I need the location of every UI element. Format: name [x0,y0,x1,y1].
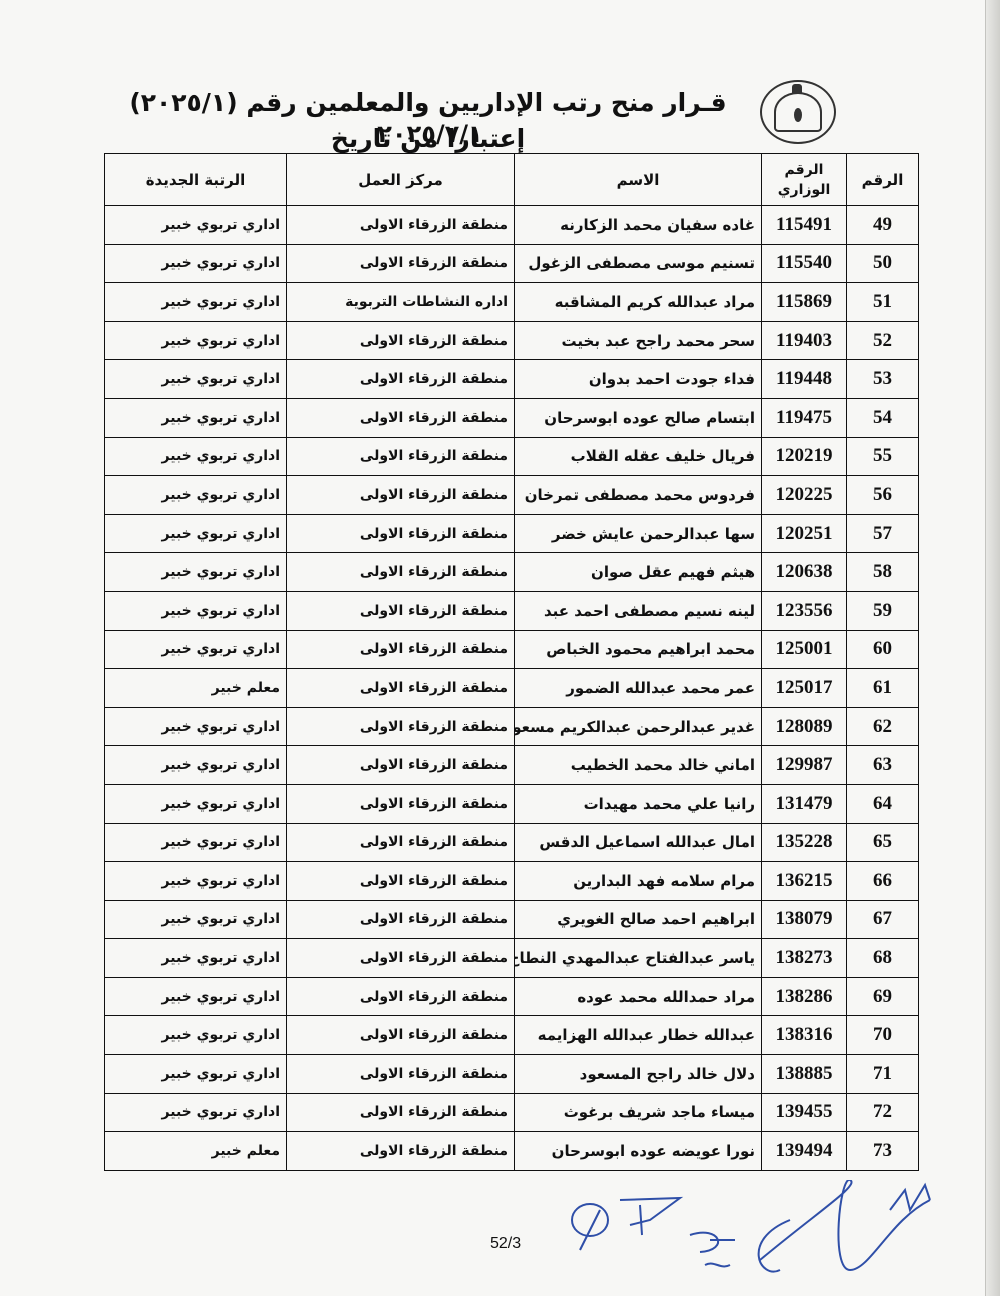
employee-name: نورا عويضه عوده ابوسرحان [515,1132,762,1171]
employee-name: محمد ابراهيم محمود الخباص [515,630,762,669]
table-row: 64131479رانيا علي محمد مهيداتمنطقة الزرق… [105,784,919,823]
employee-name: مرام سلامه فهد البدارين [515,862,762,901]
work-center: منطقة الزرقاء الاولى [287,437,515,476]
ministry-id: 139494 [762,1132,847,1171]
employee-name: ابتسام صالح عوده ابوسرحان [515,398,762,437]
employee-name: عبدالله خطار عبدالله الهزايمه [515,1016,762,1055]
employee-name: دلال خالد راجح المسعود [515,1055,762,1094]
page-number: 52/3 [490,1235,521,1253]
ministry-id: 120638 [762,553,847,592]
table-row: 54119475ابتسام صالح عوده ابوسرحانمنطقة ا… [105,398,919,437]
new-rank: اداري تربوي خبير [105,784,287,823]
ministry-id: 138286 [762,977,847,1016]
work-center: منطقة الزرقاء الاولى [287,900,515,939]
row-number: 58 [847,553,919,592]
employee-name: مراد حمدالله محمد عوده [515,977,762,1016]
header-ministry-id: الرقم الوزاري [762,154,847,206]
ministry-id: 125001 [762,630,847,669]
new-rank: اداري تربوي خبير [105,437,287,476]
ministry-id: 128089 [762,707,847,746]
work-center: منطقة الزرقاء الاولى [287,669,515,708]
ministry-id: 136215 [762,862,847,901]
work-center: منطقة الزرقاء الاولى [287,823,515,862]
ministry-id: 131479 [762,784,847,823]
work-center: منطقة الزرقاء الاولى [287,784,515,823]
table-row: 62128089غدير عبدالرحمن عبدالكريم مسعود ح… [105,707,919,746]
ministry-id: 129987 [762,746,847,785]
row-number: 65 [847,823,919,862]
work-center: منطقة الزرقاء الاولى [287,244,515,283]
table-row: 63129987اماني خالد محمد الخطيبمنطقة الزر… [105,746,919,785]
row-number: 63 [847,746,919,785]
employee-name: لينه نسيم مصطفى احمد عبد [515,591,762,630]
work-center: اداره النشاطات التربوية [287,283,515,322]
signatures-icon [560,1180,960,1290]
row-number: 55 [847,437,919,476]
row-number: 53 [847,360,919,399]
row-number: 66 [847,862,919,901]
ministry-id: 138273 [762,939,847,978]
ministry-id: 135228 [762,823,847,862]
table-row: 55120219فريال خليف عقله القلابمنطقة الزر… [105,437,919,476]
table-header-row: الرقم الرقم الوزاري الاسم مركز العمل الر… [105,154,919,206]
work-center: منطقة الزرقاء الاولى [287,977,515,1016]
work-center: منطقة الزرقاء الاولى [287,939,515,978]
table-row: 69138286مراد حمدالله محمد عودهمنطقة الزر… [105,977,919,1016]
work-center: منطقة الزرقاء الاولى [287,398,515,437]
table-row: 59123556لينه نسيم مصطفى احمد عبدمنطقة ال… [105,591,919,630]
header-name: الاسم [515,154,762,206]
new-rank: اداري تربوي خبير [105,398,287,437]
row-number: 54 [847,398,919,437]
ministry-id: 120225 [762,476,847,515]
new-rank: اداري تربوي خبير [105,1055,287,1094]
work-center: منطقة الزرقاء الاولى [287,1132,515,1171]
work-center: منطقة الزرقاء الاولى [287,1055,515,1094]
new-rank: اداري تربوي خبير [105,591,287,630]
employee-name: امال عبدالله اسماعيل الدقس [515,823,762,862]
ministry-id: 115540 [762,244,847,283]
new-rank: اداري تربوي خبير [105,630,287,669]
table-row: 56120225فردوس محمد مصطفى تمرخانمنطقة الز… [105,476,919,515]
work-center: منطقة الزرقاء الاولى [287,1016,515,1055]
table-row: 71138885دلال خالد راجح المسعودمنطقة الزر… [105,1055,919,1094]
ministry-id: 119448 [762,360,847,399]
ministry-id: 123556 [762,591,847,630]
row-number: 56 [847,476,919,515]
new-rank: اداري تربوي خبير [105,939,287,978]
work-center: منطقة الزرقاء الاولى [287,514,515,553]
work-center: منطقة الزرقاء الاولى [287,862,515,901]
header-new-rank: الرتبة الجديدة [105,154,287,206]
row-number: 64 [847,784,919,823]
row-number: 61 [847,669,919,708]
employee-name: غدير عبدالرحمن عبدالكريم مسعود حم [515,707,762,746]
ministry-id: 115491 [762,206,847,245]
table-row: 68138273ياسر عبدالفتاح عبدالمهدي النطاحم… [105,939,919,978]
table-row: 60125001محمد ابراهيم محمود الخباصمنطقة ا… [105,630,919,669]
employee-name: مراد عبدالله كريم المشاقبه [515,283,762,322]
employee-name: ياسر عبدالفتاح عبدالمهدي النطاح [515,939,762,978]
ministry-emblem-icon [760,80,836,144]
work-center: منطقة الزرقاء الاولى [287,476,515,515]
row-number: 59 [847,591,919,630]
table-row: 57120251سها عبدالرحمن عايش خضرمنطقة الزر… [105,514,919,553]
table-row: 49115491غاده سفيان محمد الزكارنهمنطقة ال… [105,206,919,245]
employee-name: غاده سفيان محمد الزكارنه [515,206,762,245]
new-rank: اداري تربوي خبير [105,862,287,901]
row-number: 51 [847,283,919,322]
employee-name: عمر محمد عبدالله الضمور [515,669,762,708]
table-row: 70138316عبدالله خطار عبدالله الهزايمهمنط… [105,1016,919,1055]
ministry-id: 115869 [762,283,847,322]
ranks-table: الرقم الرقم الوزاري الاسم مركز العمل الر… [104,153,919,1171]
row-number: 49 [847,206,919,245]
employee-name: ميساء ماجد شريف برغوث [515,1093,762,1132]
new-rank: اداري تربوي خبير [105,1016,287,1055]
employee-name: هيثم فهيم عقل صوان [515,553,762,592]
table-row: 66136215مرام سلامه فهد البدارينمنطقة الز… [105,862,919,901]
table-row: 67138079ابراهيم احمد صالح الغويريمنطقة ا… [105,900,919,939]
work-center: منطقة الزرقاء الاولى [287,321,515,360]
header-work-center: مركز العمل [287,154,515,206]
work-center: منطقة الزرقاء الاولى [287,1093,515,1132]
row-number: 68 [847,939,919,978]
new-rank: اداري تربوي خبير [105,823,287,862]
employee-name: رانيا علي محمد مهيدات [515,784,762,823]
employee-name: فردوس محمد مصطفى تمرخان [515,476,762,515]
ministry-id: 139455 [762,1093,847,1132]
table-row: 50115540تسنيم موسى مصطفى الزغولمنطقة الز… [105,244,919,283]
row-number: 50 [847,244,919,283]
new-rank: اداري تربوي خبير [105,707,287,746]
row-number: 71 [847,1055,919,1094]
document-title-date: ٢٠٢٥/٧/١ [280,120,580,148]
table-row: 51115869مراد عبدالله كريم المشاقبهاداره … [105,283,919,322]
work-center: منطقة الزرقاء الاولى [287,206,515,245]
work-center: منطقة الزرقاء الاولى [287,746,515,785]
new-rank: اداري تربوي خبير [105,900,287,939]
work-center: منطقة الزرقاء الاولى [287,707,515,746]
work-center: منطقة الزرقاء الاولى [287,553,515,592]
new-rank: اداري تربوي خبير [105,1093,287,1132]
row-number: 67 [847,900,919,939]
employee-name: سحر محمد راجح عبد بخيت [515,321,762,360]
row-number: 57 [847,514,919,553]
row-number: 72 [847,1093,919,1132]
new-rank: اداري تربوي خبير [105,360,287,399]
employee-name: اماني خالد محمد الخطيب [515,746,762,785]
row-number: 69 [847,977,919,1016]
ministry-id: 138079 [762,900,847,939]
ministry-id: 120219 [762,437,847,476]
table-row: 61125017عمر محمد عبدالله الضمورمنطقة الز… [105,669,919,708]
page-edge [985,0,1000,1296]
new-rank: اداري تربوي خبير [105,321,287,360]
new-rank: اداري تربوي خبير [105,244,287,283]
ministry-id: 120251 [762,514,847,553]
new-rank: اداري تربوي خبير [105,746,287,785]
work-center: منطقة الزرقاء الاولى [287,591,515,630]
work-center: منطقة الزرقاء الاولى [287,630,515,669]
ministry-id: 119403 [762,321,847,360]
new-rank: اداري تربوي خبير [105,476,287,515]
ministry-id: 125017 [762,669,847,708]
ministry-id: 119475 [762,398,847,437]
row-number: 62 [847,707,919,746]
work-center: منطقة الزرقاء الاولى [287,360,515,399]
new-rank: اداري تربوي خبير [105,206,287,245]
table-row: 72139455ميساء ماجد شريف برغوثمنطقة الزرق… [105,1093,919,1132]
employee-name: تسنيم موسى مصطفى الزغول [515,244,762,283]
table-row: 58120638هيثم فهيم عقل صوانمنطقة الزرقاء … [105,553,919,592]
employee-name: فداء جودت احمد بدوان [515,360,762,399]
table-row: 52119403سحر محمد راجح عبد بخيتمنطقة الزر… [105,321,919,360]
new-rank: معلم خبير [105,669,287,708]
ministry-id: 138885 [762,1055,847,1094]
table-row: 65135228امال عبدالله اسماعيل الدقسمنطقة … [105,823,919,862]
table-row: 53119448فداء جودت احمد بدوانمنطقة الزرقا… [105,360,919,399]
new-rank: اداري تربوي خبير [105,977,287,1016]
new-rank: معلم خبير [105,1132,287,1171]
table-row: 73139494نورا عويضه عوده ابوسرحانمنطقة ال… [105,1132,919,1171]
header-no: الرقم [847,154,919,206]
row-number: 70 [847,1016,919,1055]
row-number: 52 [847,321,919,360]
employee-name: فريال خليف عقله القلاب [515,437,762,476]
crown-icon [774,92,822,132]
ministry-id: 138316 [762,1016,847,1055]
new-rank: اداري تربوي خبير [105,514,287,553]
new-rank: اداري تربوي خبير [105,283,287,322]
row-number: 60 [847,630,919,669]
row-number: 73 [847,1132,919,1171]
employee-name: ابراهيم احمد صالح الغويري [515,900,762,939]
employee-name: سها عبدالرحمن عايش خضر [515,514,762,553]
new-rank: اداري تربوي خبير [105,553,287,592]
